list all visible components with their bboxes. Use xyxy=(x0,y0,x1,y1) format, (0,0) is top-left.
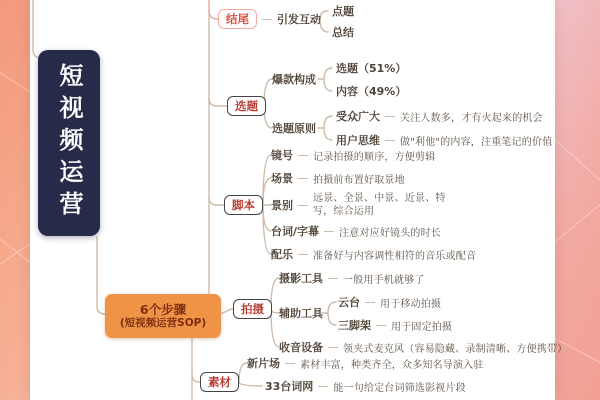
label-hit-composition: 爆款构成 xyxy=(272,71,316,87)
connector-dash xyxy=(365,302,375,303)
connector-dash xyxy=(376,325,386,326)
sop-line2: (短视频运营SOP) xyxy=(120,317,206,330)
label-audio-device: 收音设备 xyxy=(279,339,323,355)
desc-gimbal: 用于移动拍摄 xyxy=(380,295,441,310)
node-ending[interactable]: 结尾 xyxy=(218,9,257,29)
desc-music: 准备好与内容调性相符的音乐或配音 xyxy=(313,247,476,262)
leaf-camera-tool: 摄影工具 一般用手机就够了 xyxy=(279,270,425,286)
connector-dash xyxy=(262,19,272,20)
leaf-dianti: 点题 xyxy=(332,3,354,19)
label-33taicwang: 33台词网 xyxy=(265,378,313,394)
connector-dash xyxy=(385,140,395,141)
desc-shot-type: 远景、全景、中景、近景、特写，综合运用 xyxy=(313,192,453,218)
label-shot-type: 景别 xyxy=(271,197,293,213)
desc-shot-number: 记录拍摄的顺序，方便剪辑 xyxy=(313,148,435,163)
leaf-shot-number: 镜号 记录拍摄的顺序，方便剪辑 xyxy=(271,147,435,163)
node-topic[interactable]: 选题 xyxy=(227,96,266,116)
leaf-zongjie: 总结 xyxy=(332,24,354,40)
leaf-tripod: 三脚架 用于固定拍摄 xyxy=(338,317,452,333)
leaf-user-thinking: 用户思维 做"利他"的内容，注重笔记的价值 xyxy=(336,132,552,148)
sop-node[interactable]: 6个步骤 (短视频运营SOP) xyxy=(105,294,221,338)
label-trigger-interaction: 引发互动 xyxy=(277,11,321,27)
branch-ending: 结尾 引发互动 xyxy=(218,9,321,29)
desc-camera-tool: 一般用手机就够了 xyxy=(343,271,425,286)
label-topic-principle-row: 选题原则 xyxy=(272,120,316,136)
label-lines-subtitles: 台词/字幕 xyxy=(271,223,319,239)
leaf-wide-audience: 受众广大 关注人数多，才有火起来的机会 xyxy=(336,108,543,124)
desc-xinpianchang: 素材丰富，种类齐全，众多知名导演入驻 xyxy=(300,356,484,371)
desc-33taicwang: 能一句给定台词筛选影视片段 xyxy=(333,379,466,394)
leaf-shot-type: 景别 远景、全景、中景、近景、特写，综合运用 xyxy=(271,192,453,218)
connector-dash xyxy=(298,178,308,179)
leaf-music: 配乐 准备好与内容调性相符的音乐或配音 xyxy=(271,246,476,262)
label-hit-composition-row: 爆款构成 xyxy=(272,71,316,87)
leaf-content-49: 内容（49%） xyxy=(336,83,406,99)
label-aux-tool: 辅助工具 xyxy=(279,305,323,321)
leaf-scene: 场景 拍摄前布置好取景地 xyxy=(271,170,405,186)
branch-shooting: 拍摄 xyxy=(233,299,272,319)
connector-dash xyxy=(298,205,308,206)
label-content-49: 内容（49%） xyxy=(336,83,406,99)
label-camera-tool: 摄影工具 xyxy=(279,270,323,286)
desc-audio-device: 领夹式麦克风（容易隐藏、录制清晰、方便携带） xyxy=(343,340,567,355)
leaf-lines-subtitles: 台词/字幕 注意对应好镜头的时长 xyxy=(271,223,441,239)
branch-topic: 选题 xyxy=(227,96,266,116)
label-tripod: 三脚架 xyxy=(338,317,371,333)
label-zongjie: 总结 xyxy=(332,24,354,40)
branch-script: 脚本 xyxy=(224,195,263,215)
node-shooting[interactable]: 拍摄 xyxy=(233,299,272,319)
connector-dash xyxy=(385,116,395,117)
label-topic-principle: 选题原则 xyxy=(272,120,316,136)
connector-dash xyxy=(285,363,295,364)
desc-user-thinking: 做"利他"的内容，注重笔记的价值 xyxy=(400,133,552,148)
root-label: 短视频运营 xyxy=(38,63,100,223)
leaf-audio-device: 收音设备 领夹式麦克风（容易隐藏、录制清晰、方便携带） xyxy=(279,339,567,355)
leaf-topic-51: 选题（51%） xyxy=(336,60,406,76)
desc-tripod: 用于固定拍摄 xyxy=(391,318,452,333)
label-dianti: 点题 xyxy=(332,3,354,19)
label-xinpianchang: 新片场 xyxy=(247,355,280,371)
leaf-xinpianchang: 新片场 素材丰富，种类齐全，众多知名导演入驻 xyxy=(247,355,484,371)
label-user-thinking: 用户思维 xyxy=(336,132,380,148)
sop-line1: 6个步骤 xyxy=(140,302,186,317)
label-aux-tool-row: 辅助工具 xyxy=(279,305,323,321)
label-wide-audience: 受众广大 xyxy=(336,108,380,124)
connector-dash xyxy=(328,278,338,279)
mindmap-stage: 短视频运营 6个步骤 (短视频运营SOP) 结尾 引发互动 点题 总结 选题 爆… xyxy=(0,0,600,400)
label-music: 配乐 xyxy=(271,246,293,262)
desc-lines-subtitles: 注意对应好镜头的时长 xyxy=(339,224,441,239)
connector-dash xyxy=(328,347,338,348)
leaf-gimbal: 云台 用于移动拍摄 xyxy=(338,294,441,310)
leaf-33taicwang: 33台词网 能一句给定台词筛选影视片段 xyxy=(265,378,466,394)
connector-dash xyxy=(298,254,308,255)
desc-scene: 拍摄前布置好取景地 xyxy=(313,171,405,186)
root-node[interactable]: 短视频运营 xyxy=(38,50,100,236)
connector-dash xyxy=(324,231,334,232)
label-shot-number: 镜号 xyxy=(271,147,293,163)
branch-material: 素材 xyxy=(200,372,239,392)
node-script[interactable]: 脚本 xyxy=(224,195,263,215)
label-topic-51: 选题（51%） xyxy=(336,60,406,76)
connector-dash xyxy=(298,155,308,156)
label-gimbal: 云台 xyxy=(338,294,360,310)
connector-dash xyxy=(318,386,328,387)
desc-wide-audience: 关注人数多，才有火起来的机会 xyxy=(400,109,543,124)
label-scene: 场景 xyxy=(271,170,293,186)
node-material[interactable]: 素材 xyxy=(200,372,239,392)
